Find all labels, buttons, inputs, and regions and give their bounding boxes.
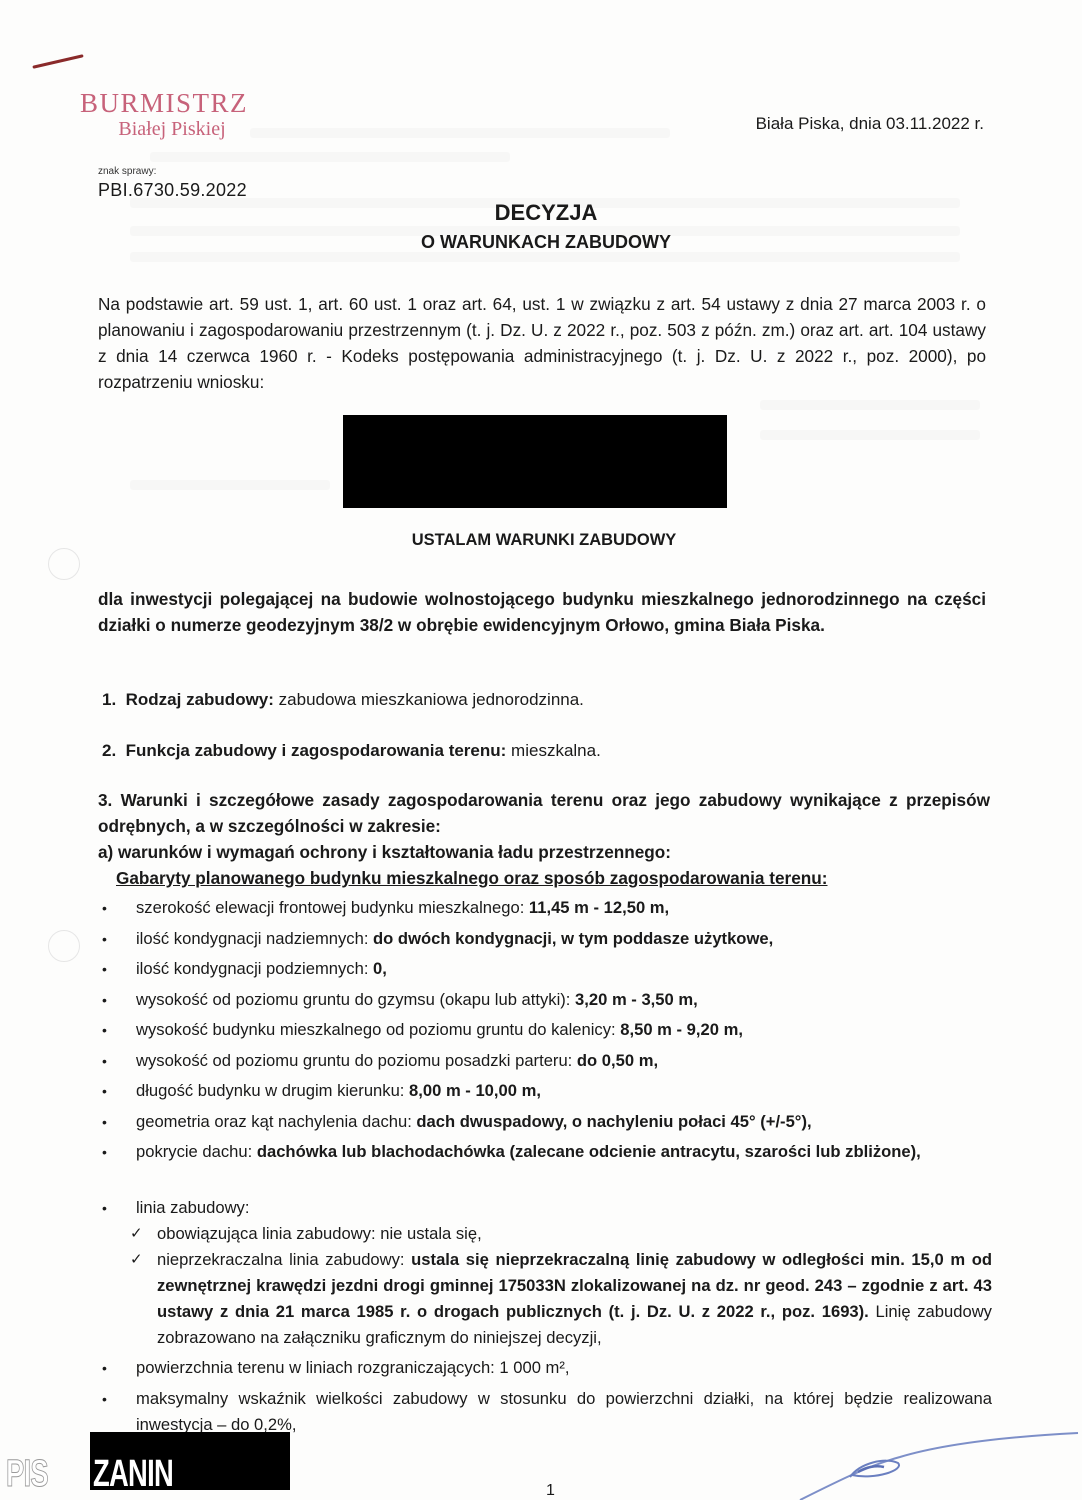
item-1-label: Rodzaj zabudowy: <box>126 690 274 709</box>
decision-heading: USTALAM WARUNKI ZABUDOWY <box>0 531 1082 550</box>
list-item: •ilość kondygnacji nadziemnych: do dwóch… <box>100 926 992 957</box>
check-icon: ✓ <box>130 1247 143 1273</box>
item-1-value: zabudowa mieszkaniowa jednorodzinna. <box>279 690 584 709</box>
item-1-number: 1. <box>102 690 116 709</box>
watermark-outline: PIS <box>6 1455 48 1493</box>
title-line1: DECYZJA <box>0 200 1082 226</box>
check-icon: ✓ <box>130 1221 143 1247</box>
list-item: •wysokość budynku mieszkalnego od poziom… <box>100 1017 992 1048</box>
stamp-subtitle: Białej Piskiej <box>80 119 248 139</box>
section-3-intro: 3. Warunki i szczegółowe zasady zagospod… <box>98 787 990 839</box>
list-item: •ilość kondygnacji podziemnych: 0, <box>100 956 992 987</box>
investment-description: dla inwestycji polegającej na budowie wo… <box>98 586 986 638</box>
section-3-sub-a: a) warunków i wymagań ochrony i kształto… <box>98 839 990 865</box>
bullet-icon: • <box>102 926 107 952</box>
pen-mark <box>32 54 83 69</box>
section-3-subheading: Gabaryty planowanego budynku mieszkalneg… <box>98 865 990 891</box>
title-line2: O WARUNKACH ZABUDOWY <box>0 232 1082 253</box>
bullet-icon: • <box>102 1355 107 1381</box>
punch-hole-mark <box>48 930 80 962</box>
bullet-icon: • <box>102 1386 107 1412</box>
bullet-icon: • <box>102 1048 107 1074</box>
watermark-solid: ZANIN <box>93 1455 173 1493</box>
bullet-icon: • <box>102 1139 107 1165</box>
scan-bleed <box>760 430 980 440</box>
list-item: •powierzchnia terenu w liniach rozgranic… <box>100 1355 992 1386</box>
document-title: DECYZJA O WARUNKACH ZABUDOWY <box>0 200 1082 253</box>
scan-bleed <box>150 152 510 162</box>
building-line-mandatory: ✓obowiązująca linia zabudowy: nie ustala… <box>100 1221 992 1247</box>
case-label: znak sprawy: <box>98 166 156 177</box>
item-2-number: 2. <box>102 741 116 760</box>
scan-bleed <box>130 480 330 490</box>
list-item: •linia zabudowy: <box>100 1195 992 1221</box>
bullet-icon: • <box>102 956 107 982</box>
punch-hole-mark <box>48 548 80 580</box>
list-item: •geometria oraz kąt nachylenia dachu: da… <box>100 1109 992 1140</box>
scan-bleed <box>130 252 960 262</box>
bullet-icon: • <box>102 895 107 921</box>
section-3: 3. Warunki i szczegółowe zasady zagospod… <box>98 787 990 891</box>
signature-icon <box>780 1425 1080 1500</box>
list-item: •pokrycie dachu: dachówka lub blachodach… <box>100 1139 992 1195</box>
bullet-icon: • <box>102 1109 107 1135</box>
building-line-nonexceedable: ✓nieprzekraczalna linia zabudowy: ustala… <box>100 1247 992 1351</box>
bullet-icon: • <box>102 1017 107 1043</box>
place-date: Biała Piska, dnia 03.11.2022 r. <box>756 114 984 134</box>
item-1: 1. Rodzaj zabudowy: zabudowa mieszkaniow… <box>102 690 584 710</box>
scan-bleed <box>760 400 980 410</box>
stamp-title: BURMISTRZ <box>80 90 248 117</box>
mayor-stamp: BURMISTRZ Białej Piskiej <box>80 90 248 139</box>
item-2-value: mieszkalna. <box>511 741 601 760</box>
list-item: •szerokość elewacji frontowej budynku mi… <box>100 895 992 926</box>
list-item: •wysokość od poziomu gruntu do poziomu p… <box>100 1048 992 1079</box>
case-number: PBI.6730.59.2022 <box>98 180 247 201</box>
page-number: 1 <box>546 1482 555 1500</box>
parameters-list: •szerokość elewacji frontowej budynku mi… <box>100 895 992 1442</box>
bullet-icon: • <box>102 987 107 1013</box>
list-item: •wysokość od poziomu gruntu do gzymsu (o… <box>100 987 992 1018</box>
item-2-label: Funkcja zabudowy i zagospodarowania tere… <box>126 741 507 760</box>
redacted-applicant-block <box>343 415 727 508</box>
bullet-icon: • <box>102 1078 107 1104</box>
legal-basis: Na podstawie art. 59 ust. 1, art. 60 ust… <box>98 291 986 395</box>
item-2: 2. Funkcja zabudowy i zagospodarowania t… <box>102 741 601 761</box>
list-item: •długość budynku w drugim kierunku: 8,00… <box>100 1078 992 1109</box>
scan-bleed <box>250 128 670 138</box>
bullet-icon: • <box>102 1195 107 1221</box>
